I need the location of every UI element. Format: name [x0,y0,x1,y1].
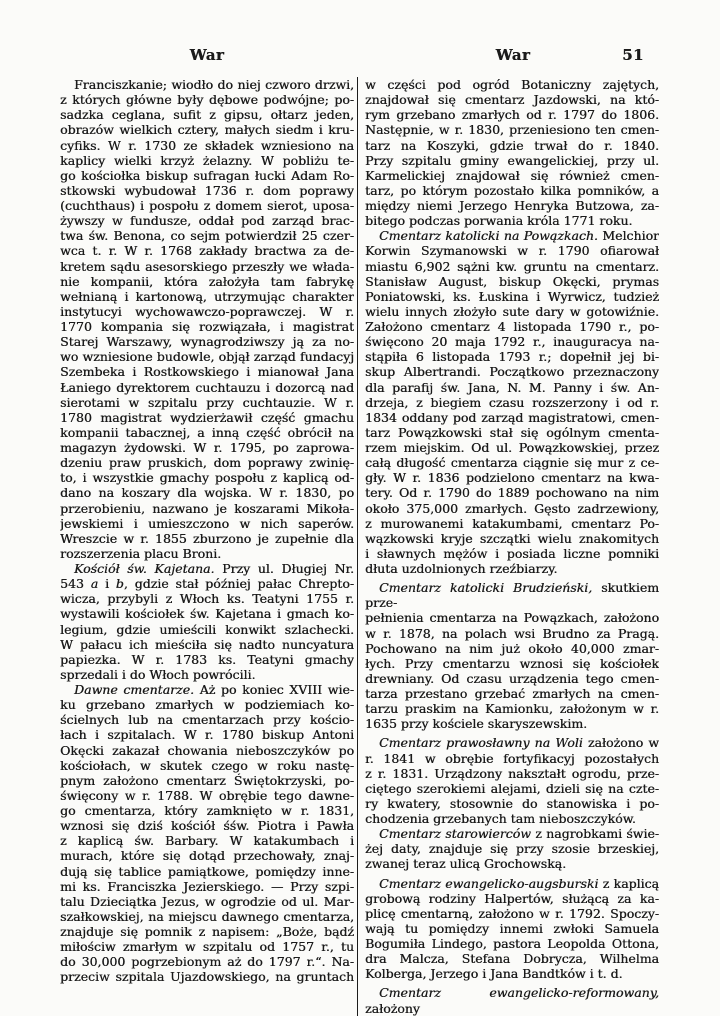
text-line: stąpiła 6 listopada 1793 r.; dopełnił je… [365,349,659,364]
paragraph: Dawne cmentarze. Aż po koniec XVIII wie-… [60,682,354,985]
text-segment: dłuta uzdolnionych rzeźbiarzy. [365,561,557,576]
text-line: magazyn żydowski. W r. 1795, po zaprowa- [60,440,354,455]
paragraph: Kościół św. Kajetana. Przy ul. Długiej N… [60,561,354,682]
text-line: Cmentarz katolicki na Powązkach. Melchio… [365,228,659,243]
paragraph: Cmentarz prawosławny na Woli założono wr… [365,735,659,826]
text-segment: kompanii tabacznej, a inną część obrócił… [60,425,354,440]
text-line: sadzka ceglana, sufit z gipsu, ołtarz je… [60,107,354,122]
text-segment: Karmelickiej znajdował się również cmen- [365,168,659,183]
text-line: Cmentarz prawosławny na Woli założono w [365,735,659,750]
text-segment: papiezka. W r. 1783 ks. Teatyni gmachy [60,652,354,667]
text-line: Cmentarz ewangelicko-augsburski z kaplic… [365,876,659,891]
text-line: Korwin Szymanowski w r. 1790 ofiarował [365,243,659,258]
text-line: grobową rodziny Halpertów, służącą za ka… [365,891,659,906]
text-line: do 30,000 pogrzebionym aż do 1797 r.“. N… [60,954,354,969]
left-column: Franciszkanie; wiodło do niej czworo drz… [60,77,354,1016]
text-segment: do 30,000 pogrzebionym aż do 1797 r.“. N… [60,954,354,969]
text-line: tarz, po którym pozostało kilka pomników… [365,183,659,198]
text-segment: wielu innych złożyło sute dary w gotowiź… [365,304,659,319]
text-segment: obrazów wielkich cztery, małych siedm i … [60,122,354,137]
text-segment: wązkowski kryje szczątki wielu znakomity… [365,531,659,546]
text-segment: Starej Warszawy, wynagrodziwszy ją za no… [60,334,354,349]
text-segment: Następnie, w r. 1830, przeniesiono ten c… [365,122,659,137]
text-segment: tarzu praskim na Kamionku, założonym w r… [365,701,659,716]
text-line: szałkowskiej, na miejscu dawnego cmentar… [60,909,354,924]
text-line: Stanisław August, biskup Okęcki, prymas [365,274,659,289]
text-segment: tarz, po którym pozostało kilka pomników… [365,183,659,198]
text-line: (cuchthaus) i pospołu z domem sierot, up… [60,198,354,213]
text-segment: drzeja, z biegiem czasu rozszerzony i od… [365,395,659,410]
text-line: Następnie, w r. 1830, przeniesiono ten c… [365,122,659,137]
text-segment: 1834 oddany pod zarząd magistratowi, cme… [365,410,659,425]
text-line: znajduje się pomnik z napisem: „Boże, bą… [60,924,354,939]
text-line: sierotami w szpitalu przy cuchtauzie. W … [60,395,354,410]
text-segment: i sławnych mężów i posiada liczne pomnik… [365,546,659,561]
text-line: dłuta uzdolnionych rzeźbiarzy. [365,561,659,576]
text-line: łych. Przy cmentarzu wznosi się kościołe… [365,656,659,671]
text-segment: Korwin Szymanowski w r. 1790 ofiarował [365,243,659,258]
text-line: 1770 kompania się rozwiązała, i magistra… [60,319,354,334]
text-line: Kościół św. Kajetana. Przy ul. Długiej N… [60,561,354,576]
text-line: całą długość cmentarza ciągnie się mur z… [365,455,659,470]
text-line: Pochowano na nim już około 40,000 zmar- [365,641,659,656]
text-line: Kolberga, Jerzego i Jana Bandtków i t. d… [365,966,659,981]
text-segment: go kościołka biskup sufragan łucki Adam … [60,168,354,183]
text-line: żywszy w fundusze, oddał pod zarząd brac… [60,213,354,228]
text-segment: pełnienia cmentarza na Powązkach, założo… [365,610,659,625]
paragraph: Franciszkanie; wiodło do niej czworo drz… [60,77,354,561]
text-segment: wicza, przybyli z Włoch ks. Teatyni 1755… [60,591,354,606]
italic-text-segment: Cmentarz ewangelicko-augsburski [379,876,598,891]
text-line: tarza przestano grzebać zmarłych na cmen… [365,686,659,701]
text-line: kaplicy wielki krzyż żelazny. W pobliżu … [60,153,354,168]
italic-text-segment: Cmentarz katolicki Brudzieński, [379,580,592,595]
text-segment: Poniatowski, ks. Łuskina i Wyrwicz, tudz… [365,289,659,304]
italic-text-segment: b [116,576,124,591]
text-line: twa św. Benona, co sejm potwierdził 25 c… [60,228,354,243]
text-segment: rozszerzenia placu Broni. [60,546,221,561]
text-segment: z r. 1831. Urządzony nakształt ogrodu, p… [365,766,659,781]
text-segment: Bogumiła Lindego, pastora Leopolda Otton… [365,936,659,951]
text-segment: kaplicy wielki krzyż żelazny. W pobliżu … [60,153,354,168]
italic-text-segment: Cmentarz katolicki na Powązkach. [379,228,598,243]
paragraph: Cmentarz katolicki Brudzieński, skutkiem… [365,580,659,731]
text-line: r. 1841 w obrębie fortyfikacyj pozostały… [365,751,659,766]
text-line: go cmentarza, który zamknięto w r. 1831, [60,803,354,818]
text-line: Założono cmentarz 4 listopada 1790 r., p… [365,319,659,334]
text-segment: sierotami w szpitalu przy cuchtauzie. W … [60,395,354,410]
italic-text-segment: Cmentarz prawosławny na Woli [379,735,583,750]
text-segment: przerobieniu, nazwano je koszarami Mikoł… [60,501,354,516]
text-segment: Przy ul. Długiej Nr. [214,561,354,576]
text-segment: cyfiks. W r. 1730 ze składek wzniesiono … [60,138,354,153]
text-segment: stkowski wybudował 1736 r. dom poprawy [60,183,354,198]
text-segment: wełnianą i kartonową, utrzymując charakt… [60,289,354,304]
paragraph: Cmentarz ewangelicko-reformowany, założo… [365,985,659,1015]
text-segment: dują się tablice pamiątkowe, pomiędzy in… [60,864,354,879]
text-line: tarz na Koszyki, gdzie trwał do r. 1840. [365,138,659,153]
column-divider-rule [357,77,358,1016]
text-line: Cmentarz ewangelicko-reformowany, założo… [365,985,659,1015]
text-line: kościołach, w skutek czego w roku nastę- [60,758,354,773]
text-segment: bitego podczas porwania króla 1771 roku. [365,213,632,228]
text-line: 543 a i b, gdzie stał później pałac Chre… [60,576,354,591]
text-line: dują się tablice pamiątkowe, pomiędzy in… [60,864,354,879]
text-line: Cmentarz katolicki Brudzieński, skutkiem… [365,580,659,610]
text-line: i sławnych mężów i posiada liczne pomnik… [365,546,659,561]
text-segment: z nagrobkami świe- [531,826,659,841]
text-segment: sadzka ceglana, sufit z gipsu, ołtarz je… [60,107,354,122]
text-line: Karmelickiej znajdował się również cmen- [365,168,659,183]
text-line: święcony w r. 1788. W obrębie tego dawne… [60,788,354,803]
text-line: rozszerzenia placu Broni. [60,546,354,561]
text-segment: to, i wszystkie gmachy pospołu z kaplicą… [60,470,354,485]
text-line: tarzu praskim na Kamionku, założonym w r… [365,701,659,716]
running-title-left: War [60,46,354,64]
text-line: wicza, przybyli z Włoch ks. Teatyni 1755… [60,591,354,606]
text-segment: całą długość cmentarza ciągnie się mur z… [365,455,659,470]
text-line: wca t. r. W r. 1768 zakłady bractwa za d… [60,243,354,258]
text-segment: drewniany. Od czasu urządzenia tego cmen… [365,671,659,686]
text-segment: 543 [60,576,91,591]
text-line: łach i szpitalach. W r. 1780 biskup Anto… [60,727,354,742]
text-line: dzeniu praw pruskich, dom poprawy zwinię… [60,455,354,470]
text-line: Cmentarz starowierców z nagrobkami świe- [365,826,659,841]
text-segment: (cuchthaus) i pospołu z domem sierot, up… [60,198,354,213]
text-segment: Pochowano na nim już około 40,000 zmar- [365,641,659,656]
text-segment: wznosi się dziś kościół śśw. Piotra i Pa… [60,818,354,833]
text-line: zwanej teraz ulicą Grochowską. [365,856,659,871]
text-segment: , gdzie stał później pałac Chrepto- [124,576,354,591]
text-line: ry kwatery, stosownie do stanowiska i po… [365,796,659,811]
page-header: War War 51 [0,0,720,64]
text-line: go kościołka biskup sufragan łucki Adam … [60,168,354,183]
text-line: Przy szpitalu gminy ewangelickiej, przy … [365,153,659,168]
text-segment: założony [365,1001,420,1016]
text-segment: Aż po koniec XVIII wie- [194,682,354,697]
text-line: w części pod ogród Botaniczny zajętych, [365,77,659,92]
text-segment: Przy szpitalu gminy ewangelickiej, przy … [365,153,659,168]
running-title-right-cell: War 51 [366,46,660,64]
text-segment: kościołach, w skutek czego w roku nastę- [60,758,354,773]
text-segment: rzem miejskim. Od ul. Powązkowskiej, prz… [365,440,659,455]
text-segment: talu Dzieciątka Jezus, w ogrodzie od ul.… [60,894,354,909]
text-line: chodzenia grzebanych tam nieboszczyków. [365,811,659,826]
text-segment: magazyn żydowski. W r. 1795, po zaprowa- [60,440,354,455]
text-segment: łach i szpitalach. W r. 1780 biskup Anto… [60,727,354,742]
text-segment: 1780 magistrat wydzierżawił część gmachu [60,410,354,425]
text-segment: W pałacu ich mieściła się nadto nuncyatu… [60,637,354,652]
text-line: z kaplicą św. Barbary. W katakumbach i [60,833,354,848]
text-segment: tarz na Koszyki, gdzie trwał do r. 1840. [365,138,659,153]
text-segment: żywszy w fundusze, oddał pod zarząd brac… [60,213,354,228]
text-line: miłościw zmarłym w szpitalu od 1757 r., … [60,939,354,954]
text-line: plicę cmentarną, założono w r. 1792. Spo… [365,906,659,921]
paragraph: Cmentarz katolicki na Powązkach. Melchio… [365,228,659,576]
text-line: z r. 1831. Urządzony nakształt ogrodu, p… [365,766,659,781]
text-line: między niemi Jerzego Henryka Butzowa, za… [365,198,659,213]
text-segment: twa św. Benona, co sejm potwierdził 25 c… [60,228,354,243]
text-segment: dra Malcza, Stefana Dobrycza, Wilhelma [365,951,659,966]
text-segment: 1635 przy kościele skaryszewskim. [365,716,587,731]
text-line: to, i wszystkie gmachy pospołu z kaplicą… [60,470,354,485]
text-line: żej daty, znajduje się przy szosie brzes… [365,841,659,856]
text-line: przeciw szpitala Ujazdowskiego, na grunt… [60,969,354,984]
text-line: legium, gdzie umieścili konwikt szlachec… [60,622,354,637]
text-line: 1780 magistrat wydzierżawił część gmachu [60,410,354,425]
text-line: tery. Od r. 1790 do 1889 pochowano na ni… [365,485,659,500]
text-segment: i [98,576,116,591]
text-line: dla parafij św. Jana, N. M. Panny i św. … [365,380,659,395]
text-line: około 375,000 zmarłych. Gęsto zadrzewion… [365,501,659,516]
text-line: Franciszkanie; wiodło do niej czworo drz… [60,77,354,92]
text-line: cyfiks. W r. 1730 ze składek wzniesiono … [60,138,354,153]
text-segment: legium, gdzie umieścili konwikt szlachec… [60,622,354,637]
text-line: Łaniego dyrektorem cuchtauzu i dozorcą n… [60,380,354,395]
running-title-right: War [496,46,531,64]
text-line: pełnienia cmentarza na Powązkach, założo… [365,610,659,625]
text-segment: Stanisław August, biskup Okęcki, prymas [365,274,659,289]
text-segment: Melchior [598,228,659,243]
text-line: wo wzniesione budowle, objął zarząd fund… [60,349,354,364]
text-line: talu Dzieciątka Jezus, w ogrodzie od ul.… [60,894,354,909]
text-segment: święcono 20 maja 1792 r., inauguracya na… [365,334,659,349]
text-segment: ku grzebano zmarłych w podziemiach ko- [60,697,354,712]
text-segment: nie kompanii, która założyła tam fabrykę [60,274,354,289]
text-line: ścielnych lub na cmentarzach przy kościo… [60,712,354,727]
text-line: murach, które się dotąd przechowały, zna… [60,848,354,863]
text-line: rzem miejskim. Od ul. Powązkowskiej, prz… [365,440,659,455]
text-line: święcono 20 maja 1792 r., inauguracya na… [365,334,659,349]
text-segment: z kaplicą [598,876,659,891]
text-segment: założono w [583,735,659,750]
text-line: w r. 1878, na polach wsi Brudno za Pragą… [365,626,659,641]
text-line: skup Albertrandi. Początkowo przeznaczon… [365,364,659,379]
text-segment: wystawili kościołek św. Kajetana i gmach… [60,606,354,621]
text-segment: znajduje się pomnik z napisem: „Boże, bą… [60,924,354,939]
text-line: tarz Powązkowski stał się ogólnym cmenta… [365,425,659,440]
text-segment: tarza przestano grzebać zmarłych na cmen… [365,686,659,701]
italic-text-segment: Kościół św. Kajetana. [74,561,214,576]
text-line: z których główne były dębowe podwójne; p… [60,92,354,107]
text-segment: murach, które się dotąd przechowały, zna… [60,848,354,863]
paragraph: w części pod ogród Botaniczny zajętych,z… [365,77,659,228]
text-segment: wają tu pomiędzy innemi zwłoki Samuela [365,921,659,936]
paragraph: Cmentarz ewangelicko-augsburski z kaplic… [365,876,659,982]
text-line: Wreszcie w r. 1855 zburzono je zupełnie … [60,531,354,546]
text-segment: dla parafij św. Jana, N. M. Panny i św. … [365,380,659,395]
text-line: bitego podczas porwania króla 1771 roku. [365,213,659,228]
text-line: drewniany. Od czasu urządzenia tego cmen… [365,671,659,686]
text-segment: w r. 1878, na polach wsi Brudno za Pragą… [365,626,659,641]
text-segment: jewskiemi i umieszczono w nich saperów. [60,516,354,531]
text-segment: 1770 kompania się rozwiązała, i magistra… [60,319,354,334]
text-line: dra Malcza, Stefana Dobrycza, Wilhelma [365,951,659,966]
text-segment: stąpiła 6 listopada 1793 r.; dopełnił je… [365,349,659,364]
text-segment: szałkowskiej, na miejscu dawnego cmentar… [60,909,354,924]
text-line: wielu innych złożyło sute dary w gotowiź… [365,304,659,319]
text-line: kretem sądu asesorskiego przeszły we wła… [60,259,354,274]
text-line: Starej Warszawy, wynagrodziwszy ją za no… [60,334,354,349]
text-segment: zwanej teraz ulicą Grochowską. [365,856,566,871]
text-line: stkowski wybudował 1736 r. dom poprawy [60,183,354,198]
paragraph: Cmentarz starowierców z nagrobkami świe-… [365,826,659,871]
text-segment: kretem sądu asesorskiego przeszły we wła… [60,259,354,274]
text-segment: rym grzebano zmarłych od r. 1797 do 1806… [365,107,659,122]
text-line: dano na koszary dla wojska. W r. 1830, p… [60,485,354,500]
text-segment: Szembeka i Rostkowskiego i mianował Jana [60,364,354,379]
text-segment: z których główne były dębowe podwójne; p… [60,92,354,107]
text-segment: skup Albertrandi. Początkowo przeznaczon… [365,364,659,379]
text-line: jewskiemi i umieszczono w nich saperów. [60,516,354,531]
text-line: mi ks. Franciszka Jezierskiego. — Przy s… [60,879,354,894]
text-line: drzeja, z biegiem czasu rozszerzony i od… [365,395,659,410]
text-line: 1635 przy kościele skaryszewskim. [365,716,659,731]
text-segment: między niemi Jerzego Henryka Butzowa, za… [365,198,659,213]
text-line: nie kompanii, która założyła tam fabrykę [60,274,354,289]
text-line: wznosi się dziś kościół śśw. Piotra i Pa… [60,818,354,833]
text-segment: Franciszkanie; wiodło do niej czworo drz… [74,77,354,92]
text-segment: z murowanemi katakumbami, cmentarz Po- [365,516,659,531]
text-segment: wo wzniesione budowle, objął zarząd fund… [60,349,354,364]
text-block: Franciszkanie; wiodło do niej czworo drz… [0,77,720,1016]
text-segment: przeciw szpitala Ujazdowskiego, na grunt… [60,969,354,984]
text-line: pnym założono cmentarz Świętokrzyski, po… [60,773,354,788]
text-segment: dzeniu praw pruskich, dom poprawy zwinię… [60,455,354,470]
text-line: Poniatowski, ks. Łuskina i Wyrwicz, tudz… [365,289,659,304]
text-line: Szembeka i Rostkowskiego i mianował Jana [60,364,354,379]
text-segment: grobową rodziny Halpertów, służącą za ka… [365,891,659,906]
text-line: rym grzebano zmarłych od r. 1797 do 1806… [365,107,659,122]
text-segment: Wreszcie w r. 1855 zburzono je zupełnie … [60,531,354,546]
text-line: ciętego szerokiemi alejami, dzieli się n… [365,781,659,796]
text-segment: r. 1841 w obrębie fortyfikacyj pozostały… [365,751,659,766]
text-line: ku grzebano zmarłych w podziemiach ko- [60,697,354,712]
text-line: z murowanemi katakumbami, cmentarz Po- [365,516,659,531]
text-line: wełnianą i kartonową, utrzymując charakt… [60,289,354,304]
text-line: wają tu pomiędzy innemi zwłoki Samuela [365,921,659,936]
text-line: wązkowski kryje szczątki wielu znakomity… [365,531,659,546]
text-line: znajdował się cmentarz Jazdowski, na któ… [365,92,659,107]
text-line: instytucyi wychowawczo-poprawczej. W r. [60,304,354,319]
italic-text-segment: Cmentarz ewangelicko-reformowany, [379,985,659,1000]
text-segment: święcony w r. 1788. W obrębie tego dawne… [60,788,354,803]
text-segment: Kolberga, Jerzego i Jana Bandtków i t. d… [365,966,622,981]
text-segment: chodzenia grzebanych tam nieboszczyków. [365,811,636,826]
text-segment: Łaniego dyrektorem cuchtauzu i dozorcą n… [60,380,354,395]
text-segment: znajdował się cmentarz Jazdowski, na któ… [365,92,659,107]
text-segment: Okęcki zakazał chowania nieboszczyków po [60,743,354,758]
text-line: gły. W r. 1836 podzielono cmentarz na kw… [365,470,659,485]
italic-text-segment: Dawne cmentarze. [74,682,194,697]
right-column: w części pod ogród Botaniczny zajętych,z… [365,77,659,1016]
text-segment: instytucyi wychowawczo-poprawczej. W r. [60,304,354,319]
text-line: miastu 6,902 sążni kw. gruntu na cmentar… [365,259,659,274]
text-line: przerobieniu, nazwano je koszarami Mikoł… [60,501,354,516]
page-number: 51 [622,46,644,64]
text-segment: plicę cmentarną, założono w r. 1792. Spo… [365,906,659,921]
book-page: War War 51 Franciszkanie; wiodło do niej… [0,0,720,1016]
text-segment: pnym założono cmentarz Świętokrzyski, po… [60,773,354,788]
text-segment: około 375,000 zmarłych. Gęsto zadrzewion… [365,501,659,516]
text-segment: ciętego szerokiemi alejami, dzieli się n… [365,781,659,796]
text-segment: tery. Od r. 1790 do 1889 pochowano na ni… [365,485,659,500]
text-line: Dawne cmentarze. Aż po koniec XVIII wie- [60,682,354,697]
text-line: W pałacu ich mieściła się nadto nuncyatu… [60,637,354,652]
text-segment: ścielnych lub na cmentarzach przy kościo… [60,712,354,727]
text-segment: żej daty, znajduje się przy szosie brzes… [365,841,659,856]
text-segment: dano na koszary dla wojska. W r. 1830, p… [60,485,354,500]
text-segment: miłościw zmarłym w szpitalu od 1757 r., … [60,939,354,954]
text-segment: miastu 6,902 sążni kw. gruntu na cmentar… [365,259,659,274]
text-line: obrazów wielkich cztery, małych siedm i … [60,122,354,137]
text-line: wystawili kościołek św. Kajetana i gmach… [60,606,354,621]
text-line: Bogumiła Lindego, pastora Leopolda Otton… [365,936,659,951]
text-segment: go cmentarza, który zamknięto w r. 1831, [60,803,354,818]
text-segment: łych. Przy cmentarzu wznosi się kościołe… [365,656,659,671]
text-segment: tarz Powązkowski stał się ogólnym cmenta… [365,425,659,440]
text-line: Okęcki zakazał chowania nieboszczyków po [60,743,354,758]
text-segment: w części pod ogród Botaniczny zajętych, [365,77,659,92]
text-segment: sprzedali i do Włoch powrócili. [60,667,255,682]
text-segment: mi ks. Franciszka Jezierskiego. — Przy s… [60,879,354,894]
text-line: 1834 oddany pod zarząd magistratowi, cme… [365,410,659,425]
text-segment: Założono cmentarz 4 listopada 1790 r., p… [365,319,659,334]
text-line: papiezka. W r. 1783 ks. Teatyni gmachy [60,652,354,667]
text-segment: ry kwatery, stosownie do stanowiska i po… [365,796,659,811]
italic-text-segment: Cmentarz starowierców [379,826,531,841]
text-segment: z kaplicą św. Barbary. W katakumbach i [60,833,354,848]
text-line: kompanii tabacznej, a inną część obrócił… [60,425,354,440]
text-segment: wca t. r. W r. 1768 zakłady bractwa za d… [60,243,354,258]
text-segment: gły. W r. 1836 podzielono cmentarz na kw… [365,470,659,485]
text-line: sprzedali i do Włoch powrócili. [60,667,354,682]
